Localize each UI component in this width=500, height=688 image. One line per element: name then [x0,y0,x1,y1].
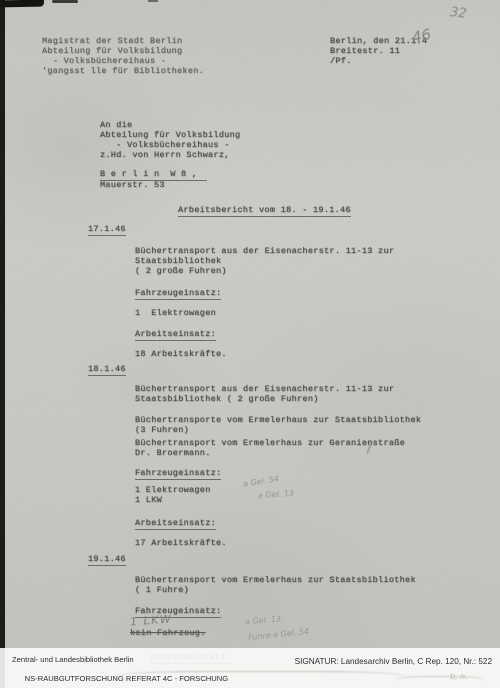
section-paragraph: Büchertransport aus der Eisenacherstr. 1… [135,246,394,276]
section-paragraph: Büchertransport aus der Eisenacherstr. 1… [135,384,394,404]
vehicle-label: Fahrzeugeinsatz: [135,468,221,479]
scan-edge-artifact [0,0,5,688]
section-paragraph: Büchertransporte vom Ermelerhaus zur Sta… [135,415,421,435]
section-date: 18.1.46 [88,364,126,375]
handwritten-vehicle-correction: 1 LKW [130,613,173,629]
scan-streak-artifact [115,671,405,681]
scanned-document: 32 Magistrat der Stadt Berlin Abteilung … [0,0,500,688]
vehicle-list: 1 Elektrowagen [135,308,216,318]
recipient-city-text: B e r l i n W 8 , [100,169,207,180]
handwritten-note: a Gel. 54 [243,474,280,489]
handwritten-note: a Gel. 13 [245,614,282,626]
recipient-city: B e r l i n W 8 , [100,169,207,180]
vehicle-list: 1 Elektrowagen 1 LKW [135,486,211,505]
labor-label: Arbeitseinsatz: [135,329,216,340]
section-paragraph: Büchertransport vom Ermelerhaus zur Staa… [135,575,416,595]
recipient-street: Mauerstr. 53 [100,180,165,190]
scan-top-artifact [52,0,78,3]
report-title-text: Arbeitsbericht vom 18. - 19.1.46 [178,205,351,216]
archive-org-line1: Zentral- und Landesbibliothek Berlin [12,655,134,664]
scan-corner-artifact [0,0,44,7]
handwritten-year: 46 [410,25,432,47]
scan-top-mark-artifact [148,0,158,2]
section-date: 19.1.46 [88,554,126,565]
handwritten-bottom-note: b, n. [450,672,468,681]
handwritten-note: Fuhre a Gel. 54 [248,627,310,642]
labor-label: Arbeitseinsatz: [135,518,216,529]
section-date: 17.1.46 [88,224,126,235]
archive-signature: SIGNATUR: Landesarchiv Berlin, C Rep. 12… [295,657,492,666]
vehicle-label: Fahrzeugeinsatz: [135,288,221,299]
handwritten-page-number: 32 [449,5,467,22]
recipient-block: An die Abteilung für Volksbildung - Volk… [100,120,240,160]
section-paragraph: Büchertransport vom Ermelerhaus zur Gera… [135,438,405,458]
report-title: Arbeitsbericht vom 18. - 19.1.46 [178,205,351,216]
sender-street: Breitestr. 11 [330,46,400,56]
labor-count: 17 Arbeitskräfte. [135,538,227,548]
struck-vehicle-entry: kein Fahrzeug. [130,628,206,638]
scan-streak-artifact [395,676,485,683]
labor-count: 18 Arbeitskräfte. [135,349,227,359]
reference-initials: /Pf. [330,56,352,66]
sender-block: Magistrat der Stadt Berlin Abteilung für… [42,36,204,76]
handwritten-note: a Gel. 13 [258,489,295,500]
